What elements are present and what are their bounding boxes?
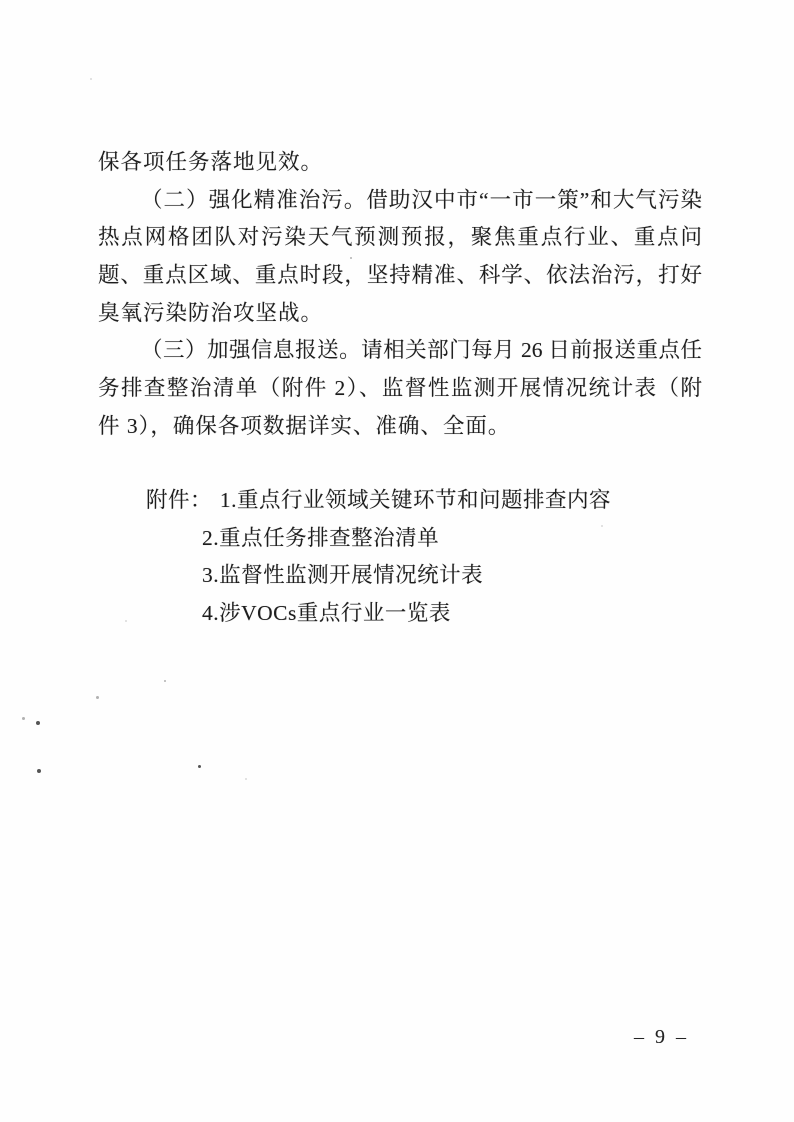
attachment-label: 附件： xyxy=(146,488,212,512)
document-body: 保各项任务落地见效。 （二）强化精准治污。借助汉中市“一市一策”和大气污染 热点… xyxy=(98,144,702,446)
attachment-list: 附件： 1.重点行业领域关键环节和问题排查内容 2.重点任务排查整治清单 3.监… xyxy=(146,482,611,633)
body-line: 保各项任务落地见效。 xyxy=(98,144,702,182)
scan-speck xyxy=(564,190,566,192)
scan-speck xyxy=(350,257,352,259)
body-line: 务排查整治清单（附件 2）、监督性监测开展情况统计表（附 xyxy=(98,370,702,408)
body-line: （三）加强信息报送。请相关部门每月 26 日前报送重点任 xyxy=(98,332,702,370)
scan-speck xyxy=(36,721,40,725)
scan-speck xyxy=(125,620,127,622)
attachment-item: 1.重点行业领域关键环节和问题排查内容 xyxy=(220,488,611,512)
attachment-item: 3.监督性监测开展情况统计表 xyxy=(146,557,611,595)
scan-speck xyxy=(601,525,603,527)
document-page: 保各项任务落地见效。 （二）强化精准治污。借助汉中市“一市一策”和大气污染 热点… xyxy=(0,0,794,1122)
body-line: （二）强化精准治污。借助汉中市“一市一策”和大气污染 xyxy=(98,182,702,220)
scan-speck xyxy=(22,717,25,720)
scan-speck xyxy=(90,78,92,80)
attachment-row: 附件： 1.重点行业领域关键环节和问题排查内容 xyxy=(146,482,611,520)
scan-speck xyxy=(245,778,247,780)
body-line: 题、重点区域、重点时段，坚持精准、科学、依法治污，打好 xyxy=(98,257,702,295)
body-line: 热点网格团队对污染天气预测预报，聚焦重点行业、重点问 xyxy=(98,219,702,257)
scan-speck xyxy=(198,765,201,768)
scan-speck xyxy=(37,769,41,773)
page-number: – 9 – xyxy=(634,1026,689,1049)
attachment-item: 2.重点任务排查整治清单 xyxy=(146,520,611,558)
body-line: 臭氧污染防治攻坚战。 xyxy=(98,295,702,333)
body-line: 件 3），确保各项数据详实、准确、全面。 xyxy=(98,408,702,446)
scan-speck xyxy=(164,680,166,682)
scan-speck xyxy=(96,696,99,699)
attachment-item: 4.涉VOCs重点行业一览表 xyxy=(146,595,611,633)
